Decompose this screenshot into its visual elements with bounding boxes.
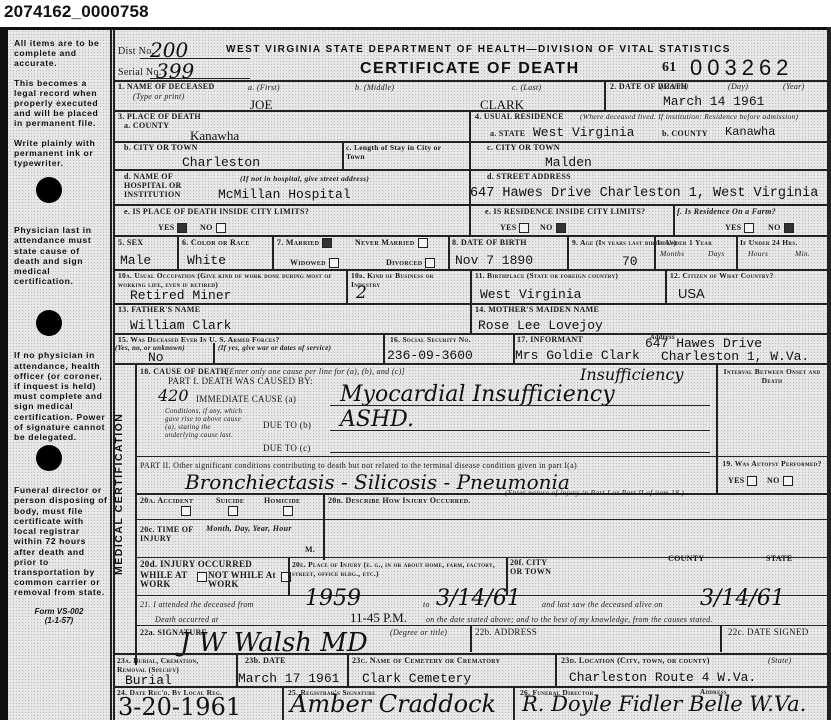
divorced-option[interactable]: Divorced — [386, 258, 435, 268]
cemetery-location: Charleston Route 4 W.Va. — [569, 670, 756, 685]
suicide-checkbox[interactable] — [228, 506, 238, 516]
divider — [673, 204, 675, 235]
divider — [177, 235, 179, 269]
hospital-label: d. NAME OF HOSPITAL OR INSTITUTION — [124, 172, 204, 199]
time-of-injury-cols: Month, Day, Year, Hour — [206, 524, 292, 533]
sex-label: 5. SEX — [118, 238, 143, 247]
hospital-name: McMillan Hospital — [218, 187, 351, 202]
checkbox[interactable] — [216, 223, 226, 233]
punch-hole-icon — [36, 177, 62, 203]
ssn-label: 16. Social Security No. — [390, 335, 471, 344]
divider — [342, 141, 344, 169]
burial-date: March 17 1961 — [238, 671, 339, 686]
row-divider — [114, 653, 828, 655]
part1-label: PART I. DEATH WAS CAUSED BY: — [168, 377, 313, 386]
divider — [288, 557, 290, 595]
checkbox[interactable] — [783, 476, 793, 486]
certificate-title: CERTIFICATE OF DEATH — [360, 60, 580, 78]
checkbox[interactable] — [418, 238, 428, 248]
race-label: 6. Color or Race — [182, 238, 250, 247]
physician-address-label: 22b. ADDRESS — [475, 628, 537, 637]
injury-occurred-label: 20d. INJURY OCCURRED — [140, 560, 252, 569]
cemetery-name: Clark Cemetery — [362, 671, 471, 686]
divider — [567, 235, 569, 269]
injury-description-label: 20b. Describe How Injury Occurred. — [328, 496, 471, 505]
dist-label: Dist No. — [118, 47, 154, 56]
res-limits-yes[interactable]: YES — [500, 223, 529, 233]
checkbox[interactable] — [747, 476, 757, 486]
instruction-5: If no physician in attendance, health of… — [14, 350, 108, 442]
attended-to-label: to — [423, 600, 430, 609]
row-divider — [135, 625, 828, 626]
scan-edge-top — [0, 27, 831, 30]
divider — [347, 653, 349, 687]
funeral-director: R. Doyle Fidler Belle W.Va. — [522, 692, 806, 716]
while-at-work-option[interactable]: WHILE AT WORK — [140, 571, 200, 589]
checkbox-checked[interactable] — [322, 238, 332, 248]
farm-label: f. Is Residence On a Farm? — [677, 207, 776, 216]
divider — [346, 269, 348, 303]
widowed-option[interactable]: Widowed — [290, 258, 339, 268]
divider — [470, 303, 472, 333]
instruction-3: Write plainly with permanent ink or type… — [14, 138, 108, 169]
occupation-value: Retired Miner — [130, 288, 231, 303]
checkbox[interactable] — [425, 258, 435, 268]
autopsy-label: 19. Was Autopsy Performed? — [722, 459, 822, 468]
row-divider — [114, 363, 828, 365]
death-time: 11-45 P.M. — [350, 610, 407, 626]
agency-name: WEST VIRGINIA STATE DEPARTMENT OF HEALTH… — [226, 44, 731, 55]
res-county-label: b. COUNTY — [662, 129, 708, 138]
informant-address-2: Charleston 1, W.Va. — [661, 349, 809, 364]
res-state: West Virginia — [533, 125, 634, 140]
res-inside-limits-label: e. IS RESIDENCE INSIDE CITY LIMITS? — [485, 207, 645, 216]
business-value: 2 — [356, 283, 367, 303]
father-name-label: 13. FATHER'S NAME — [118, 305, 200, 314]
father-name: William Clark — [130, 318, 231, 333]
item3-label: 3. PLACE OF DEATH — [118, 112, 201, 121]
divider — [513, 686, 515, 720]
days-label: Days — [708, 249, 725, 258]
attended-to: 3/14/61 — [436, 586, 521, 611]
divider — [272, 235, 274, 269]
min-label: Min. — [795, 249, 810, 258]
burial-label: 23a. Burial, Cremation, Removal (Specify… — [117, 656, 227, 674]
while-at-work-checkbox[interactable] — [197, 572, 207, 582]
war-label: (If yes, give war or dates of service) — [218, 344, 331, 353]
birth-date: Nov 7 1890 — [455, 253, 533, 268]
res-limits-no[interactable]: NO — [540, 223, 566, 233]
row-divider — [114, 169, 828, 171]
accident-label: 20a. Accident — [140, 496, 193, 505]
burial-date-label: 23b. DATE — [245, 656, 286, 665]
occupation-label: 10a. Usual Occupation (Give kind of work… — [118, 271, 348, 289]
immediate-cause: Myocardial Insufficiency — [340, 382, 615, 407]
place-of-injury-label: 20e. Place of Injury (e. g., in or about… — [292, 560, 502, 578]
divider — [470, 625, 472, 652]
instruction-1: All items are to be complete and accurat… — [14, 38, 108, 69]
day-label: (Day) — [728, 82, 748, 91]
informant-label: 17. INFORMANT — [517, 335, 583, 344]
checkbox-checked[interactable] — [556, 223, 566, 233]
interval-label: Interval Between Onset and Death — [722, 367, 822, 385]
divider — [665, 269, 667, 303]
year-label: (Year) — [783, 82, 805, 91]
homicide-checkbox[interactable] — [283, 506, 293, 516]
res-city-label: c. CITY OR TOWN — [487, 143, 560, 152]
attended-from: 1959 — [305, 586, 361, 611]
checkbox[interactable] — [519, 223, 529, 233]
autopsy-yes[interactable]: YES — [728, 476, 757, 486]
birthplace-label: 11. Birthplace (State or foreign country… — [475, 271, 618, 280]
medical-divider — [135, 363, 137, 665]
res-state-label: a. STATE — [490, 129, 525, 138]
place-inside-limits-label: e. IS PLACE OF DEATH INSIDE CITY LIMITS? — [124, 207, 309, 216]
place-limits-no[interactable]: NO — [200, 223, 226, 233]
degree-label: (Degree or title) — [390, 628, 447, 637]
homicide-label: Homicide — [264, 496, 300, 505]
date-signed-label: 22c. DATE SIGNED — [728, 628, 809, 637]
accident-checkbox[interactable] — [181, 506, 191, 516]
hospital-note: (If not in hospital, give street address… — [240, 174, 369, 183]
scan-edge-right — [827, 27, 831, 720]
cemetery-label: 23c. Name of Cemetery or Crematory — [352, 656, 500, 665]
mother-name: Rose Lee Lovejoy — [478, 318, 603, 333]
month-label: (Month) — [660, 82, 688, 91]
injury-state-label: STATE — [766, 554, 793, 563]
cause-label: 18. CAUSE OF DEATH — [140, 367, 227, 376]
place-city: Charleston — [182, 155, 260, 170]
divider — [448, 235, 450, 269]
checkbox[interactable] — [744, 223, 754, 233]
injury-county-label: COUNTY — [668, 554, 704, 563]
certificate-number: 003262 — [690, 55, 793, 81]
divider — [213, 343, 215, 363]
checkbox[interactable] — [329, 258, 339, 268]
injury-city-label: 20f. CITY OR TOWN — [510, 558, 560, 576]
last-name-label: c. (Last) — [512, 83, 541, 92]
item1-label: 1. NAME OF DECEASED — [118, 82, 215, 91]
row-divider — [114, 141, 828, 143]
instruction-2: This becomes a legal record when properl… — [14, 78, 108, 129]
autopsy-no[interactable]: NO — [767, 476, 793, 486]
item4-label: 4. USUAL RESIDENCE — [475, 112, 564, 121]
ssn-value: 236-09-3600 — [387, 348, 473, 363]
place-county-label: a. COUNTY — [124, 121, 169, 130]
stay-label: c. Length of Stay in City or Town — [346, 143, 456, 161]
time-of-injury-m: M. — [305, 545, 315, 554]
farm-yes[interactable]: YES — [725, 223, 754, 233]
row-divider — [135, 456, 828, 457]
document-id: 2074162_0000758 — [4, 2, 149, 22]
cause-note: [Enter only one cause per line for (a), … — [226, 367, 405, 376]
date-received: 3-20-1961 — [118, 693, 241, 720]
not-while-at-work-option[interactable]: NOT WHILE At WORK — [208, 571, 278, 589]
conditions-note: Conditions, if any, which gave rise to a… — [165, 407, 245, 439]
location-label: 23d. Location (City, town, or county) — [561, 656, 710, 665]
middle-name-label: b. (Middle) — [355, 83, 394, 92]
mother-name-label: 14. MOTHER'S MAIDEN NAME — [475, 305, 599, 314]
divider — [469, 110, 471, 235]
instructions-sidebar: All items are to be complete and accurat… — [10, 38, 108, 625]
cause-a-line — [330, 405, 710, 406]
under1-label: If Under 1 Year — [657, 238, 712, 247]
attended-label: 21. I attended the deceased from — [140, 600, 254, 609]
street-address: 647 Hawes Drive Charleston 1, West Virgi… — [470, 186, 818, 201]
place-city-label: b. CITY OR TOWN — [124, 143, 198, 152]
serial-underline — [150, 78, 250, 79]
last-saw-label: and last saw the deceased alive on — [542, 600, 663, 609]
divider — [383, 333, 385, 363]
form-number: Form VS-002 — [10, 607, 108, 616]
death-occurred-suffix: on the date stated above; and to the bes… — [426, 615, 713, 624]
immediate-cause-insert: Insufficiency — [580, 365, 683, 384]
divider — [604, 80, 606, 110]
cause-b-line — [330, 430, 710, 431]
place-limits-yes[interactable]: YES — [158, 223, 187, 233]
row-divider — [135, 519, 828, 520]
res-county: Kanawha — [725, 125, 775, 139]
sidebar-divider — [110, 30, 112, 720]
divider — [654, 235, 656, 269]
row-divider — [135, 557, 828, 558]
street-label: d. STREET ADDRESS — [487, 172, 571, 181]
birth-date-label: 8. DATE OF BIRTH — [452, 238, 527, 247]
due-to-b-label: DUE TO (b) — [263, 421, 311, 430]
armed-forces-label: 15. Was Deceased Ever In U. S. Armed For… — [118, 335, 280, 344]
not-while-at-work-checkbox[interactable] — [281, 572, 291, 582]
punch-hole-icon — [36, 445, 62, 471]
item1-sublabel: (Type or print) — [133, 92, 184, 101]
row-divider — [135, 493, 828, 495]
row-divider — [114, 235, 828, 237]
item4-note: (Where deceased lived. If institution: R… — [580, 112, 798, 121]
months-label: Months — [660, 249, 684, 258]
instruction-6: Funeral director or person disposing of … — [14, 485, 108, 597]
row-divider — [114, 204, 828, 206]
birthplace-value: West Virginia — [480, 287, 581, 302]
divider — [716, 363, 718, 493]
form-date: (1-1-57) — [10, 616, 108, 625]
never-married-option[interactable]: Never Married — [355, 238, 428, 248]
suicide-label: Suicide — [216, 496, 244, 505]
sex-value: Male — [120, 253, 151, 268]
citizen-value: USA — [678, 286, 705, 301]
due-to-b: ASHD. — [340, 407, 414, 432]
divider — [720, 625, 722, 652]
medical-certification-label: MEDICAL CERTIFICATION — [113, 413, 125, 575]
part2-label: PART II. Other significant conditions co… — [140, 461, 577, 470]
divider — [323, 493, 325, 560]
serial-label: Serial No. — [118, 68, 162, 77]
punch-hole-icon — [36, 310, 62, 336]
divider — [282, 686, 284, 720]
cause-code: 420 — [158, 386, 189, 405]
scan-edge-left — [0, 27, 8, 720]
divider — [555, 653, 557, 687]
location-state-label: (State) — [768, 656, 791, 665]
hours-label: Hours — [748, 249, 768, 258]
checkbox-checked[interactable] — [784, 223, 794, 233]
cert-number-prefix: 61 — [662, 63, 677, 72]
death-occurred-label: Death occurred at — [155, 615, 218, 624]
cause-c-line — [330, 452, 710, 453]
divider — [470, 269, 472, 303]
instruction-4: Physician last in attendance must state … — [14, 225, 108, 286]
under24-label: If Under 24 Hrs. — [740, 238, 798, 247]
last-saw-date: 3/14/61 — [700, 586, 785, 611]
farm-no[interactable]: NO — [768, 223, 794, 233]
due-to-c-label: DUE TO (c) — [263, 444, 311, 453]
immediate-cause-label: IMMEDIATE CAUSE (a) — [196, 395, 296, 404]
race-value: White — [187, 253, 226, 268]
res-city: Malden — [545, 155, 592, 170]
date-of-death: March 14 1961 — [663, 94, 764, 109]
injury-description-note: (Enter nature of injury in Part I or Par… — [505, 488, 684, 497]
married-option[interactable]: 7. Married — [277, 238, 332, 248]
header-divider — [114, 80, 828, 82]
sidebar-divider — [113, 30, 115, 720]
informant-name: Mrs Goldie Clark — [515, 348, 640, 363]
age-value: 70 — [622, 254, 638, 269]
divider — [736, 235, 738, 269]
registrar-signature: Amber Craddock — [290, 690, 496, 718]
first-name-label: a. (First) — [248, 83, 280, 92]
citizen-label: 12. Citizen of What Country? — [670, 271, 774, 280]
time-of-injury-label: 20c. TIME OF INJURY — [140, 525, 200, 543]
checkbox-checked[interactable] — [177, 223, 187, 233]
